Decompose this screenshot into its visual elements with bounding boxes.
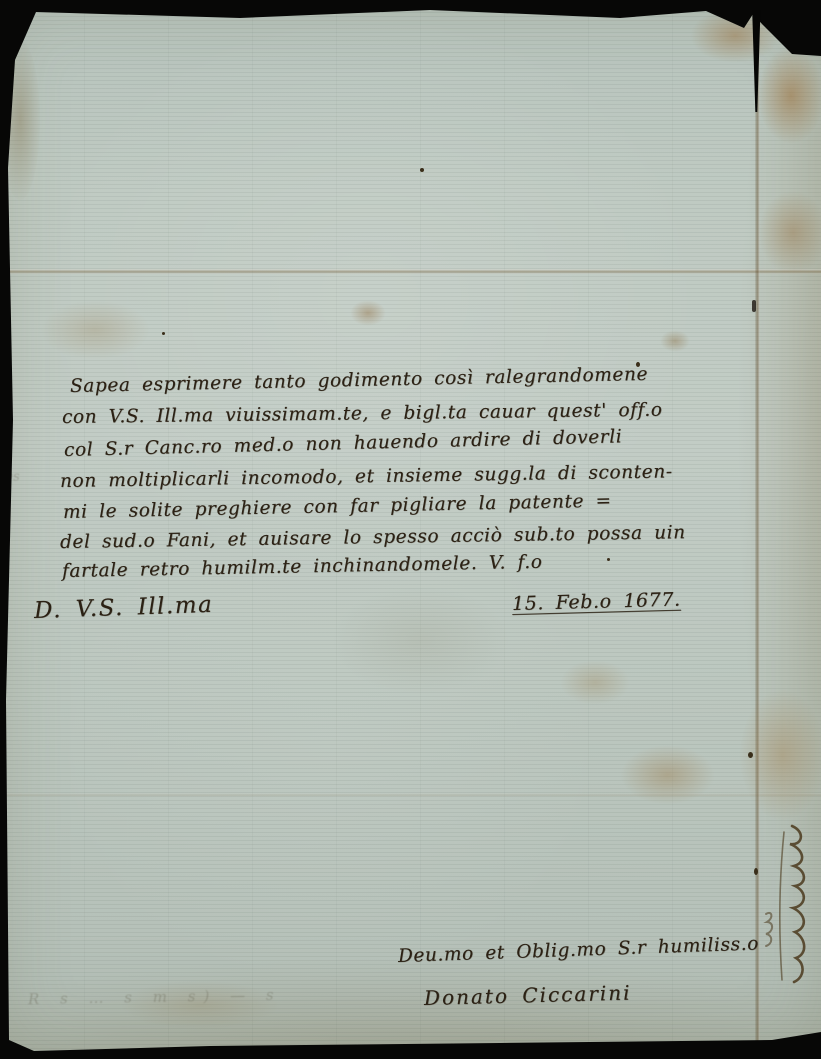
letter-body-line-1: Sapea esprimere tanto godimento così ral…	[70, 364, 648, 397]
ink-speck	[754, 868, 758, 875]
ink-speck	[162, 332, 165, 335]
ink-speck	[748, 752, 753, 758]
stain-top-right-corner	[690, 8, 780, 63]
vertical-docket-scrawl	[762, 822, 820, 992]
stain-below-date	[560, 660, 630, 705]
letter-body-line-6: del sud.o Fani, et auisare lo spesso acc…	[60, 522, 686, 553]
bleedthrough-text-bottom: R s … s m s) — s	[28, 986, 282, 1008]
vertical-fold-crease	[755, 0, 760, 1045]
letter-paper-sheet: R s … s m s) — s ws Sapea esprimere tant…	[0, 0, 821, 1059]
letter-body-line-3: col S.r Canc.ro med.o non hauendo ardire…	[64, 426, 623, 461]
bleedthrough-text-left-margin: ws	[1, 469, 20, 485]
stain-spot-upper-center	[350, 300, 386, 326]
letter-body-line-7: fartale retro humilm.te inchinandomele. …	[62, 552, 543, 582]
stain-mid-right	[620, 745, 715, 805]
stain-spot-right-center	[660, 330, 690, 352]
horizontal-fold-crease-lower	[0, 793, 821, 797]
fold-gap-slit-small	[752, 300, 756, 312]
ink-speck	[607, 558, 610, 561]
stain-left-edge	[0, 40, 40, 200]
stain-right-flap-top	[758, 48, 821, 143]
stain-right-flap-lower	[740, 690, 821, 820]
closing-formula: Deu.mo et Oblig.mo S.r humiliss.o	[398, 933, 760, 967]
letter-body-line-5: mi le solite preghiere con far pigliare …	[63, 491, 612, 523]
photograph-of-letter: R s … s m s) — s ws Sapea esprimere tant…	[0, 0, 821, 1059]
stain-spot-upper-left	[40, 300, 150, 360]
signature-name: Donato Ciccarini	[424, 981, 632, 1010]
date-line: 15. Feb.o 1677.	[512, 589, 681, 615]
seal-ghost-ring	[330, 585, 510, 695]
ink-speck	[420, 168, 424, 172]
salutation-abbreviation: D. V.S. Ill.ma	[34, 592, 214, 624]
stain-bottom-left	[120, 980, 280, 1030]
stain-right-flap-mid	[758, 190, 821, 275]
letter-body-line-4: non moltiplicarli incomodo, et insieme s…	[60, 461, 673, 492]
horizontal-fold-crease-upper	[0, 269, 821, 274]
letter-body-line-2: con V.S. Ill.ma viuissimam.te, e bigl.ta…	[62, 400, 663, 428]
